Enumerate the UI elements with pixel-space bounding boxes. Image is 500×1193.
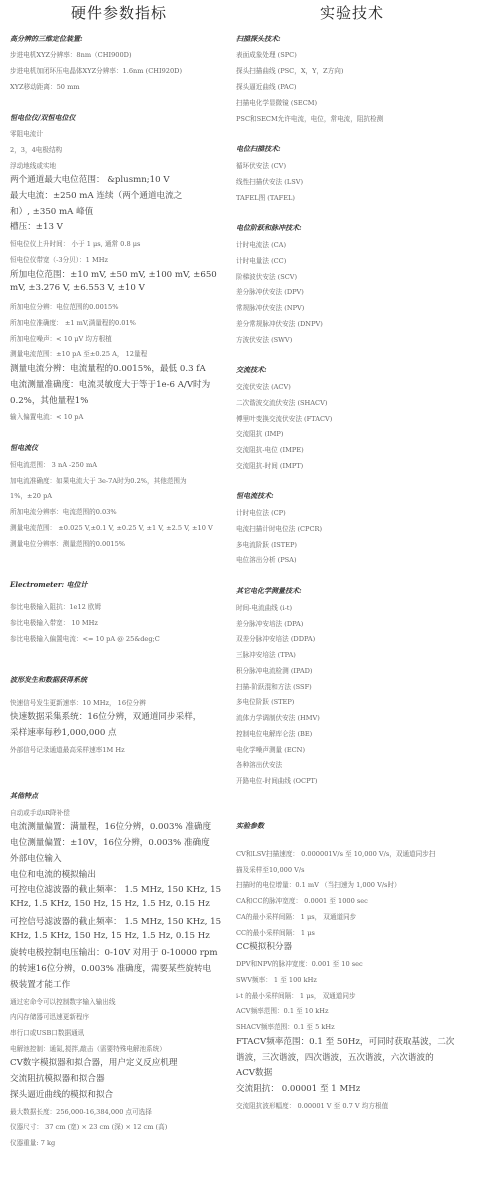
spec-line: ACV数据: [236, 1066, 272, 1078]
spec-line: 差分脉冲安培法 (DPA): [236, 618, 303, 628]
spec-line: 所加电位噪声：< 10 μV 均方根植: [10, 333, 112, 343]
spec-line: 交流阻抗 (IMP): [236, 428, 283, 438]
spec-line: CC模拟积分器: [236, 940, 292, 952]
spec-line: 电位和电流的模拟输出: [10, 868, 96, 880]
spec-line: 所加电位分辨：电位范围的0.0015%: [10, 301, 118, 311]
spec-line: 电解池控制：通氮,搅拌,敲击（需要特殊电解池系统）: [10, 1043, 166, 1053]
spec-line: 电流扫描计时电位法 (CPCR): [236, 523, 322, 533]
spec-line: 的转速16位分辨，0.003% 准确度，需要某些旋转电: [10, 962, 211, 974]
spec-line: 交流阻抗模拟器和拟合器: [10, 1072, 105, 1084]
spec-line: 交流伏安法 (ACV): [236, 381, 291, 391]
spec-line: CC的最小采样间隔： 1 μs: [236, 927, 315, 937]
spec-line: 探头逼近曲线 (PAC): [236, 81, 296, 91]
section-heading: 恒电流技术:: [236, 491, 274, 501]
spec-line: 测量电流范围： ±0.025 V,±0.1 V, ±0.25 V, ±1 V, …: [10, 522, 213, 532]
spec-line: 2，3，4电极结构: [10, 144, 62, 154]
spec-line: 外部信号记录通道最高采样速率1M Hz: [10, 744, 125, 754]
spec-line: 测量电流范围：±10 pA 至±0.25 A， 12量程: [10, 348, 147, 358]
spec-line: CV和LSV扫描速度： 0.000001V/s 至 10,000 V/s，双通道…: [236, 848, 435, 858]
spec-line: 流体力学调制伏安法 (HMV): [236, 712, 320, 722]
spec-line: 计时电流法 (CA): [236, 239, 286, 249]
spec-line: 旋转电极控制电压输出：0-10V 对用于 0-10000 rpm: [10, 946, 218, 958]
spec-line: 线性扫描伏安法 (LSV): [236, 176, 303, 186]
techniques-title: 实验技术: [320, 2, 384, 23]
spec-line: 可控电位滤波器的截止频率： 1.5 MHz, 150 KHz, 15: [10, 883, 221, 895]
spec-line: KHz, 1.5 KHz, 150 Hz, 15 Hz, 1.5 Hz, 0.1…: [10, 931, 210, 941]
spec-line: 两个通道最大电位范围： &plusmn;10 V: [10, 173, 170, 185]
spec-line: 步进电机加闭环压电晶体XYZ分辨率：1.6nm (CHI920D): [10, 65, 182, 75]
spec-line: 积分脉冲电流检测 (IPAD): [236, 665, 312, 675]
spec-line: 电位测量偏置：±10V，16位分辨，0.003% 准确度: [10, 836, 210, 848]
spec-line: 多电位阶跃 (STEP): [236, 696, 294, 706]
spec-line: 快速信号发生更新速率：10 MHz， 16位分辨: [10, 697, 146, 707]
spec-line: 谐波，三次谐波，四次谐波，五次谐波，六次谐波的: [236, 1051, 434, 1063]
spec-line: SWV频率： 1 至 100 kHz: [236, 974, 317, 984]
spec-line: 参比电极输入阻抗：1e12 欧姆: [10, 601, 101, 611]
spec-line: 测量电流分辨：电流量程的0.0015%，最低 0.3 fA: [10, 362, 206, 374]
spec-line: 时间-电流曲线 (i-t): [236, 602, 292, 612]
spec-line: 方波伏安法 (SWV): [236, 334, 292, 344]
spec-line: 阶梯波伏安法 (SCV): [236, 271, 297, 281]
spec-line: 采样速率每秒1,000,000 点: [10, 726, 117, 738]
spec-line: ACV频率范围：0.1 至 10 kHz: [236, 1005, 329, 1015]
spec-line: 所加电流分辨率：电流范围的0.03%: [10, 506, 117, 516]
spec-line: 槽压：±13 V: [10, 220, 63, 232]
spec-line: 多电流阶跃 (ISTEP): [236, 539, 297, 549]
spec-line: CA的最小采样间隔： 1 μs， 双通道同步: [236, 911, 356, 921]
spec-line: 零阻电流计: [10, 128, 43, 138]
section-heading: 其他特点: [10, 791, 38, 801]
spec-line: 输入偏置电流：< 10 pA: [10, 411, 83, 421]
section-heading: 实验参数: [236, 821, 264, 831]
section-heading: 恒电位仪/双恒电位仪: [10, 113, 76, 123]
spec-line: 测量电位分辨率：测量范围的0.0015%: [10, 538, 125, 548]
spec-line: 电流测量偏置：满量程，16位分辨，0.003% 准确度: [10, 820, 211, 832]
spec-line: 双差分脉冲安培法 (DDPA): [236, 633, 315, 643]
spec-line: i-t 的最小采样间隔： 1 μs， 双通道同步: [236, 990, 356, 1000]
spec-line: 交流阻抗波形幅度： 0.00001 V 至 0.7 V 均方根值: [236, 1100, 388, 1110]
spec-line: 差分脉冲伏安法 (DPV): [236, 286, 304, 296]
section-heading: 波形发生和数据获得系统: [10, 675, 87, 685]
spec-line: 扫描时的电位增量：0.1 mV （当扫速为 1,000 V/s时）: [236, 879, 401, 889]
spec-line: DPV和NPV的脉冲宽度：0.001 至 10 sec: [236, 958, 363, 968]
spec-line: XYZ移动距离：50 mm: [10, 81, 80, 91]
section-heading: 电位扫描技术:: [236, 144, 281, 154]
spec-line: 计时电位法 (CP): [236, 507, 286, 517]
spec-line: CA和CC的脉冲宽度： 0.0001 至 1000 sec: [236, 895, 368, 905]
spec-line: 串行口或USB口数据通讯: [10, 1027, 84, 1037]
spec-line: 步进电机XYZ分辨率：8nm（CHI900D): [10, 49, 132, 59]
spec-line: 1%，±20 pA: [10, 490, 52, 500]
spec-line: 0.2%，其他量程1%: [10, 394, 88, 406]
spec-line: PSC和SECM允许电流，电位，常电流，阻抗检测: [236, 113, 383, 123]
spec-line: 所加电位准确度： ±1 mV,满量程的0.01%: [10, 317, 136, 327]
spec-line: 电位溶出分析 (PSA): [236, 554, 297, 564]
spec-line: 和）, ±350 mA 峰值: [10, 205, 93, 217]
spec-line: 内闪存储器可迅速更新程序: [10, 1011, 89, 1021]
spec-line: 加电流准确度：如果电流大于 3e-7A时为0.2%，其他范围为: [10, 475, 187, 485]
spec-line: mV, ±3.276 V, ±6.553 V, ±10 V: [10, 283, 145, 293]
spec-line: SHACV频率范围：0.1 至 5 kHz: [236, 1021, 335, 1031]
spec-line: 开路电位-时间曲线 (OCPT): [236, 775, 318, 785]
spec-line: 交流阻抗-电位 (IMPE): [236, 444, 304, 454]
spec-line: 电流测量准确度：电流灵敏度大于等于1e-6 A/V时为: [10, 378, 210, 390]
spec-line: 自动或手动iR降补偿: [10, 807, 70, 817]
spec-line: 恒电位仪上升时间： 小于 1 μs, 通常 0.8 μs: [10, 238, 140, 248]
section-heading: 电位阶跃和脉冲技术:: [236, 223, 302, 233]
spec-line: 外部电位输入: [10, 852, 62, 864]
spec-line: 差分常规脉冲伏安法 (DNPV): [236, 318, 323, 328]
spec-line: 循环伏安法 (CV): [236, 160, 286, 170]
spec-line: 最大数据长度：256,000-16,384,000 点可选择: [10, 1106, 152, 1116]
spec-line: 参比电极输入带宽： 10 MHz: [10, 617, 98, 627]
spec-line: FTACV频率范围：0.1 至 50Hz，可同时获取基波，二次: [236, 1035, 454, 1047]
spec-line: 极装置才能工作: [10, 978, 70, 990]
spec-line: 扫描电化学显微镜 (SECM): [236, 97, 317, 107]
spec-line: 仪器尺寸： 37 cm (宽) × 23 cm (深) × 12 cm (高): [10, 1121, 167, 1131]
spec-line: 仪器重量: 7 kg: [10, 1137, 55, 1147]
spec-line: 通过宏命令可以控制数字输入输出线: [10, 996, 116, 1006]
hardware-specs-title: 硬件参数指标: [71, 2, 167, 23]
spec-line: TAFEL图 (TAFEL): [236, 192, 295, 202]
spec-line: 最大电流：±250 mA 连续（两个通道电流之: [10, 189, 182, 201]
spec-line: 可控信号滤波器的截止频率： 1.5 MHz, 150 KHz, 15: [10, 915, 221, 927]
section-heading: 恒电流仪: [10, 443, 38, 453]
spec-line: 交流阻抗： 0.00001 至 1 MHz: [236, 1082, 360, 1094]
spec-line: 所加电位范围：±10 mV, ±50 mV, ±100 mV, ±650: [10, 268, 217, 280]
spec-line: 参比电极输入偏置电流：<= 10 pA @ 25&deg;C: [10, 633, 160, 643]
spec-line: 各种溶出伏安法: [236, 759, 282, 769]
spec-line: CV数字模拟器和拟合器，用户定义反应机理: [10, 1056, 177, 1068]
spec-line: 控制电位电解库仑法 (BE): [236, 728, 312, 738]
section-heading: Electrometer: 电位计: [10, 580, 88, 590]
spec-line: 二次谐波交流伏安法 (SHACV): [236, 397, 327, 407]
spec-line: 常规脉冲伏安法 (NPV): [236, 302, 304, 312]
section-heading: 高分辨的三维定位装置:: [10, 34, 83, 44]
spec-line: 傅里叶变换交流伏安法 (FTACV): [236, 413, 332, 423]
spec-line: 恒电流范围： 3 nA -250 mA: [10, 459, 97, 469]
spec-line: 浮动地线或实地: [10, 160, 56, 170]
spec-line: KHz, 1.5 KHz, 150 Hz, 15 Hz, 1.5 Hz, 0.1…: [10, 899, 210, 909]
spec-line: 探头扫描曲线 (PSC，X，Y，Z方向): [236, 65, 343, 75]
spec-line: 扫描-阶跃混和方法 (SSF): [236, 681, 312, 691]
spec-line: 探头逼近曲线的模拟和拟合: [10, 1088, 113, 1100]
spec-line: 计时电量法 (CC): [236, 255, 286, 265]
section-heading: 交流技术:: [236, 365, 267, 375]
section-heading: 其它电化学测量技术:: [236, 586, 302, 596]
spec-line: 表面成象处理 (SPC): [236, 49, 297, 59]
spec-line: 电化学噪声测量 (ECN): [236, 744, 305, 754]
spec-line: 恒电位仪带宽（-3分贝）：1 MHz: [10, 254, 108, 264]
section-heading: 扫描探头技术:: [236, 34, 281, 44]
spec-line: 快速数据采集系统：16位分辨，双通道同步采样，: [10, 710, 201, 722]
spec-line: 描及采样至10,000 V/s: [236, 864, 305, 874]
spec-line: 交流阻抗-时间 (IMPT): [236, 460, 303, 470]
spec-line: 三脉冲安培法 (TPA): [236, 649, 296, 659]
